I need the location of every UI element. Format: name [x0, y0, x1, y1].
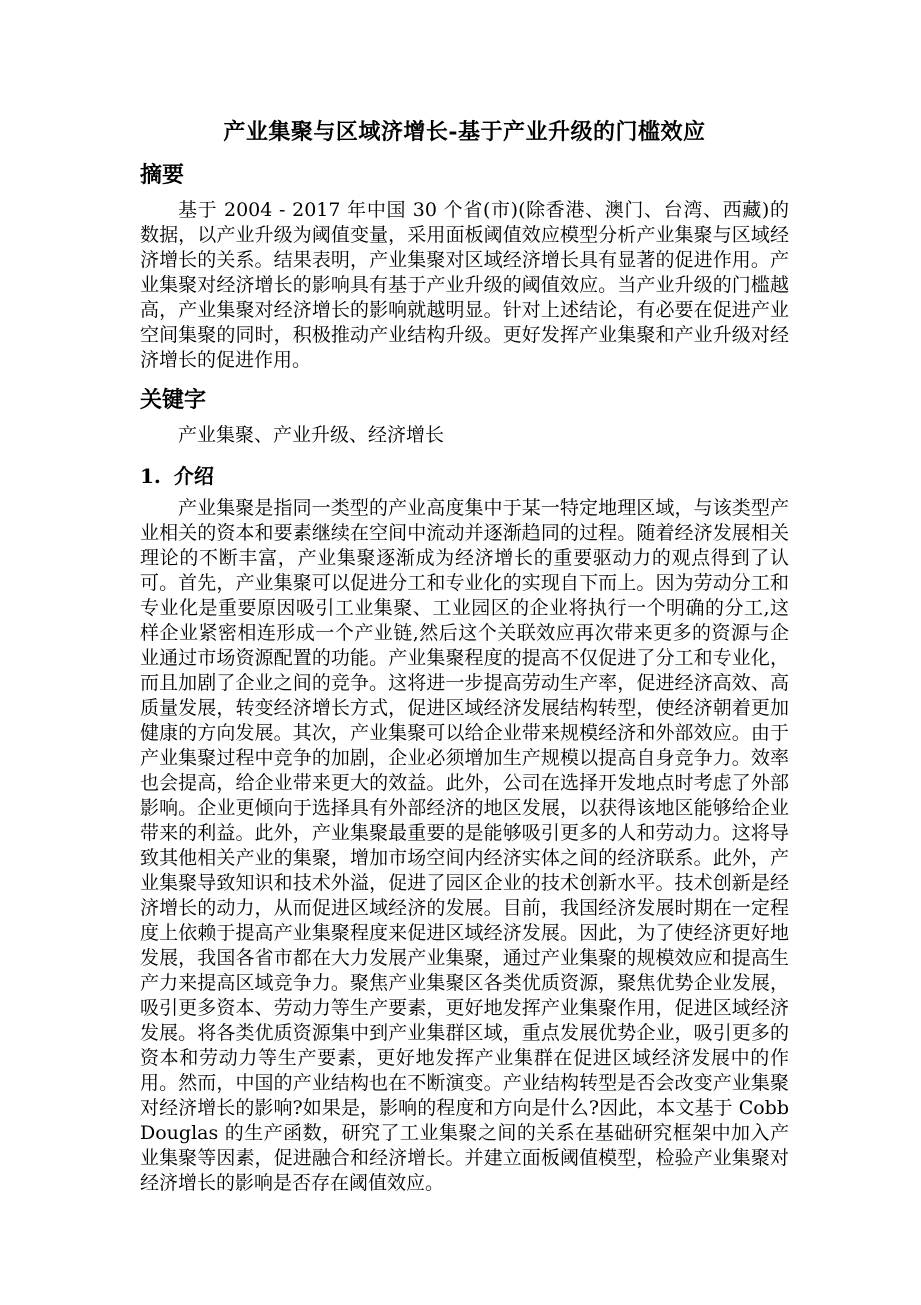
- paper-title: 产业集聚与区域济增长-基于产业升级的门槛效应: [140, 118, 789, 148]
- document-page: 产业集聚与区域济增长-基于产业升级的门槛效应 摘要 基于 2004 - 2017…: [0, 0, 921, 1305]
- section-1-title: 介绍: [174, 464, 214, 488]
- keywords-heading: 关键字: [140, 387, 789, 413]
- introduction-paragraph: 产业集聚是指同一类型的产业高度集中于某一特定地理区域，与该类型产业相关的资本和要…: [140, 496, 789, 1196]
- abstract-paragraph: 基于 2004 - 2017 年中国 30 个省(市)(除香港、澳门、台湾、西藏…: [140, 198, 789, 373]
- section-1-heading: 1.介绍: [140, 464, 789, 488]
- keywords-text: 产业集聚、产业升级、经济增长: [140, 423, 789, 448]
- section-1-number: 1.: [140, 464, 161, 488]
- abstract-heading: 摘要: [140, 162, 789, 188]
